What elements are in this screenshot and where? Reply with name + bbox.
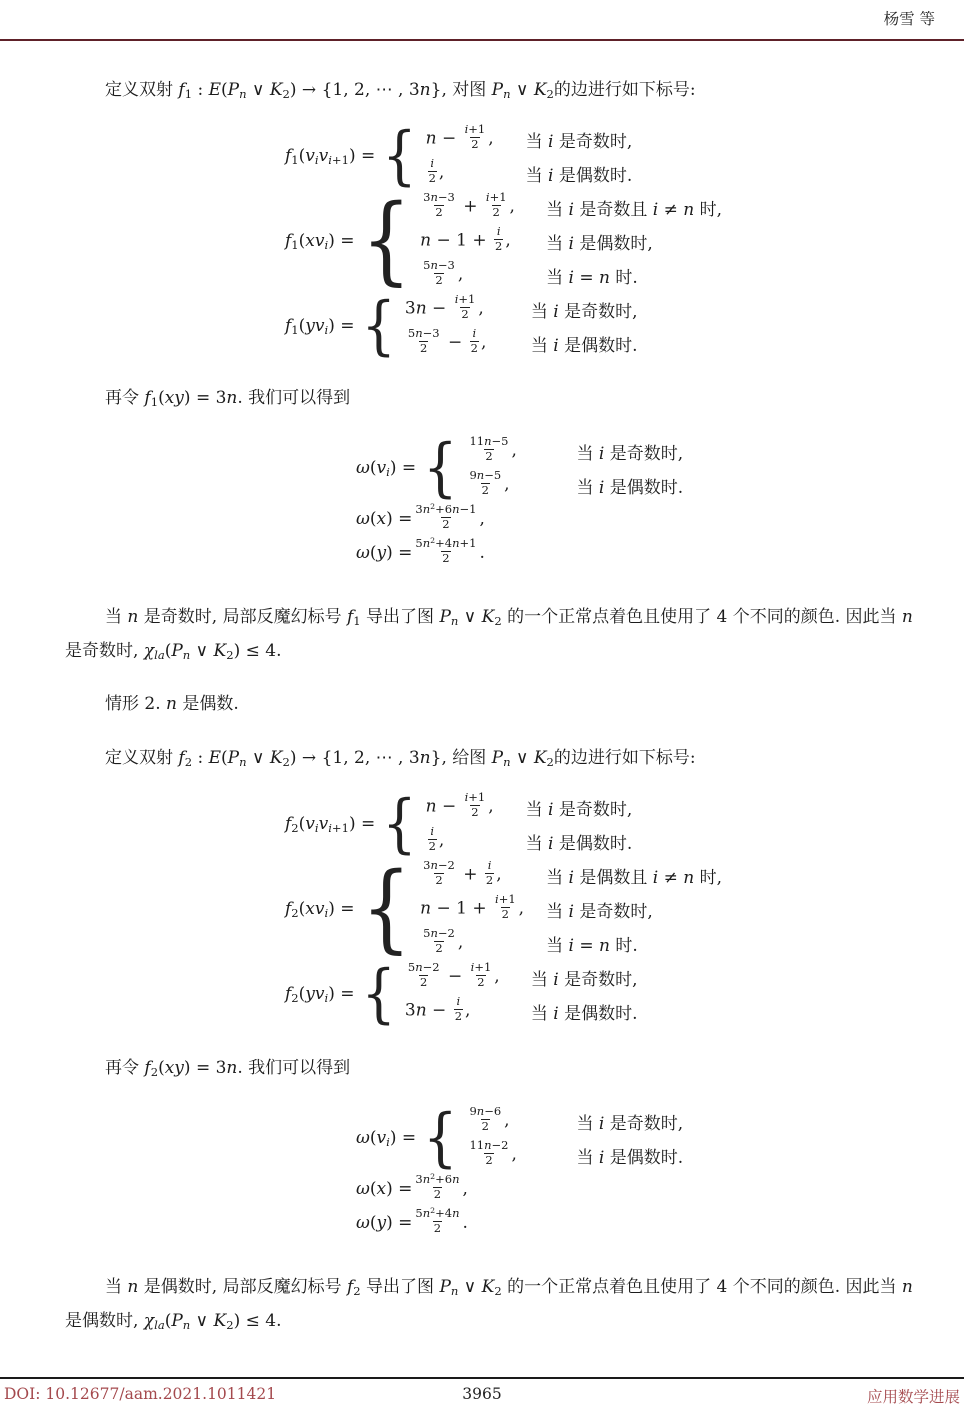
case-expression: n − 1 + i+12,: [420, 895, 546, 923]
case-expression: 5n−22 − i+12,: [405, 963, 531, 991]
equation-omega-y: ω(y) = 5n2+4n2.: [356, 1206, 931, 1240]
case-expression: 3n−32 + i+12,: [420, 193, 546, 221]
equation-f1-xvi: f1(xvi) = { 3n−32 + i+12, 当 i 是奇数且 i ≠ n…: [285, 190, 931, 292]
footer: DOI: 10.12677/aam.2021.1011421 3965 应用数学…: [0, 1385, 964, 1409]
equation-omega-x: ω(x) = 3n2+6n2,: [356, 1172, 931, 1206]
case-condition: 当 i 是奇数时,: [531, 297, 638, 322]
case-condition: 当 i 是偶数时.: [576, 1143, 683, 1168]
paragraph-case2: 情形 2. n 是偶数.: [65, 692, 931, 716]
cases-group: 3n−22 + i2, 当 i 是偶数且 i ≠ n 时, n − 1 + i+…: [420, 858, 722, 960]
case-expression: 9n−52,: [466, 471, 576, 499]
case-condition: 当 i 是奇数时,: [576, 439, 683, 464]
display-equations-omega2: ω(vi) = { 9n−62, 当 i 是奇数时, 11n−22, 当 i 是…: [356, 1104, 931, 1240]
case-row: 3n−22 + i2, 当 i 是偶数且 i ≠ n 时,: [420, 858, 722, 892]
equation-lhs: f1(vivi+1) =: [285, 146, 375, 166]
case-row: i2, 当 i 是偶数时.: [426, 156, 633, 190]
cases-group: 3n−32 + i+12, 当 i 是奇数且 i ≠ n 时, n − 1 + …: [420, 190, 722, 292]
case-row: 3n − i+12, 当 i 是奇数时,: [405, 292, 638, 326]
case-expression: i2,: [426, 159, 526, 187]
case-row: 5n−22 − i+12, 当 i 是奇数时,: [405, 960, 638, 994]
equation-omega-y: ω(y) = 5n2+4n+12.: [356, 536, 931, 570]
case-condition: 当 i 是偶数时.: [526, 829, 633, 854]
case-condition: 当 i = n 时.: [546, 931, 638, 956]
paragraph-conclusion-odd: 当 n 是奇数时, 局部反魔幻标号 f1 导出了图 Pn ∨ K2 的一个正常点…: [65, 600, 931, 668]
header-author: 杨雪 等: [884, 7, 935, 29]
case-condition: 当 i 是偶数时.: [531, 331, 638, 356]
case-condition: 当 i 是偶数时,: [546, 229, 653, 254]
case-row: 11n−22, 当 i 是偶数时.: [466, 1138, 683, 1172]
case-row: 9n−62, 当 i 是奇数时,: [466, 1104, 683, 1138]
cases-group: n − i+12, 当 i 是奇数时, i2, 当 i 是偶数时.: [426, 122, 633, 190]
display-equations-omega1: ω(vi) = { 11n−52, 当 i 是奇数时, 9n−52, 当 i 是…: [356, 434, 931, 570]
equation-f2-xvi: f2(xvi) = { 3n−22 + i2, 当 i 是偶数且 i ≠ n 时…: [285, 858, 931, 960]
cases-group: 5n−22 − i+12, 当 i 是奇数时, 3n − i2, 当 i 是偶数…: [405, 960, 638, 1028]
equation-f2-yvi: f2(yvi) = { 5n−22 − i+12, 当 i 是奇数时, 3n −…: [285, 960, 931, 1028]
case-condition: 当 i 是偶数时.: [526, 161, 633, 186]
equation-lhs: f2(yvi) =: [285, 984, 355, 1004]
case-expression: 5n−32,: [420, 261, 546, 289]
case-row: 5n−32 − i2, 当 i 是偶数时.: [405, 326, 638, 360]
case-condition: 当 i 是奇数时,: [546, 897, 653, 922]
equation-f1-vivi1: f1(vivi+1) = { n − i+12, 当 i 是奇数时, i2, 当…: [285, 122, 931, 190]
cases-group: n − i+12, 当 i 是奇数时, i2, 当 i 是偶数时.: [426, 790, 633, 858]
case-expression: 5n−22,: [420, 929, 546, 957]
paragraph-define-f1: 定义双射 f1 : E(Pn ∨ K2) → {1, 2, ⋯ , 3n}, 对…: [65, 78, 931, 102]
case-expression: n − 1 + i2,: [420, 227, 546, 255]
equation-f2-vivi1: f2(vivi+1) = { n − i+12, 当 i 是奇数时, i2, 当…: [285, 790, 931, 858]
equation-lhs: ω(vi) =: [356, 458, 416, 478]
cases-group: 11n−52, 当 i 是奇数时, 9n−52, 当 i 是偶数时.: [466, 434, 683, 502]
page-body: 定义双射 f1 : E(Pn ∨ K2) → {1, 2, ⋯ , 3n}, 对…: [65, 64, 931, 1338]
case-row: n − i+12, 当 i 是奇数时,: [426, 790, 633, 824]
case-expression: n − i+12,: [426, 793, 526, 821]
equation-f1-yvi: f1(yvi) = { 3n − i+12, 当 i 是奇数时, 5n−32 −…: [285, 292, 931, 360]
case-condition: 当 i 是偶数时.: [531, 999, 638, 1024]
case-condition: 当 i 是奇数时,: [526, 127, 633, 152]
case-row: n − 1 + i2, 当 i 是偶数时,: [420, 224, 722, 258]
equation-lhs: f1(yvi) =: [285, 316, 355, 336]
footer-page-number: 3965: [0, 1385, 964, 1403]
case-expression: 11n−22,: [466, 1141, 576, 1169]
display-equations-f1: f1(vivi+1) = { n − i+12, 当 i 是奇数时, i2, 当…: [285, 122, 931, 360]
case-condition: 当 i 是偶数时.: [576, 473, 683, 498]
paragraph-let-f1xy: 再令 f1(xy) = 3n. 我们可以得到: [65, 386, 931, 410]
cases-group: 3n − i+12, 当 i 是奇数时, 5n−32 − i2, 当 i 是偶数…: [405, 292, 638, 360]
case-condition: 当 i 是奇数时,: [526, 795, 633, 820]
case-condition: 当 i 是奇数且 i ≠ n 时,: [546, 195, 722, 220]
case-row: n − i+12, 当 i 是奇数时,: [426, 122, 633, 156]
case-row: 5n−32, 当 i = n 时.: [420, 258, 722, 292]
case-condition: 当 i 是奇数时,: [531, 965, 638, 990]
case-row: n − 1 + i+12, 当 i 是奇数时,: [420, 892, 722, 926]
equation-lhs: ω(vi) =: [356, 1128, 416, 1148]
equation-omega-vi: ω(vi) = { 11n−52, 当 i 是奇数时, 9n−52, 当 i 是…: [356, 434, 931, 502]
footer-divider: [0, 1377, 964, 1379]
case-expression: n − i+12,: [426, 125, 526, 153]
case-row: i2, 当 i 是偶数时.: [426, 824, 633, 858]
case-expression: 3n − i+12,: [405, 295, 531, 323]
equation-lhs: f2(xvi) =: [285, 899, 354, 919]
paragraph-conclusion-even: 当 n 是偶数时, 局部反魔幻标号 f2 导出了图 Pn ∨ K2 的一个正常点…: [65, 1270, 931, 1338]
case-expression: 11n−52,: [466, 437, 576, 465]
case-expression: 3n−22 + i2,: [420, 861, 546, 889]
header-divider: [0, 39, 964, 41]
case-row: 3n−32 + i+12, 当 i 是奇数且 i ≠ n 时,: [420, 190, 722, 224]
case-expression: 3n − i2,: [405, 997, 531, 1025]
paragraph-define-f2: 定义双射 f2 : E(Pn ∨ K2) → {1, 2, ⋯ , 3n}, 给…: [65, 746, 931, 770]
case-expression: i2,: [426, 827, 526, 855]
case-row: 3n − i2, 当 i 是偶数时.: [405, 994, 638, 1028]
case-expression: 9n−62,: [466, 1107, 576, 1135]
case-condition: 当 i 是偶数且 i ≠ n 时,: [546, 863, 722, 888]
case-row: 9n−52, 当 i 是偶数时.: [466, 468, 683, 502]
case-condition: 当 i 是奇数时,: [576, 1109, 683, 1134]
equation-lhs: f2(vivi+1) =: [285, 814, 375, 834]
equation-omega-x: ω(x) = 3n2+6n−12,: [356, 502, 931, 536]
case-expression: 5n−32 − i2,: [405, 329, 531, 357]
footer-journal-name: 应用数学进展: [867, 1385, 960, 1407]
equation-lhs: f1(xvi) =: [285, 231, 354, 251]
display-equations-f2: f2(vivi+1) = { n − i+12, 当 i 是奇数时, i2, 当…: [285, 790, 931, 1028]
cases-group: 9n−62, 当 i 是奇数时, 11n−22, 当 i 是偶数时.: [466, 1104, 683, 1172]
equation-omega-vi: ω(vi) = { 9n−62, 当 i 是奇数时, 11n−22, 当 i 是…: [356, 1104, 931, 1172]
case-row: 5n−22, 当 i = n 时.: [420, 926, 722, 960]
case-row: 11n−52, 当 i 是奇数时,: [466, 434, 683, 468]
paragraph-let-f2xy: 再令 f2(xy) = 3n. 我们可以得到: [65, 1056, 931, 1080]
case-condition: 当 i = n 时.: [546, 263, 638, 288]
